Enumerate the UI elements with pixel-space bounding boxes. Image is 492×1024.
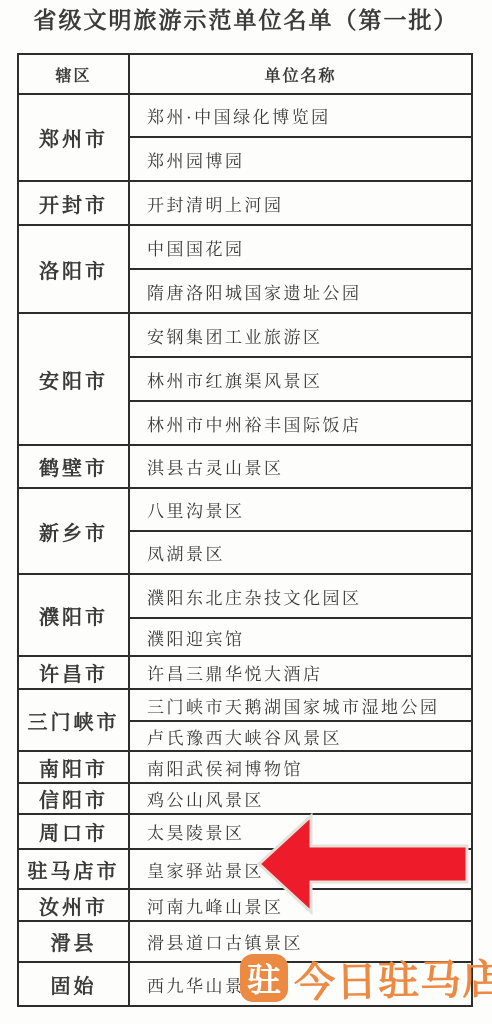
unit-cell: 三门峡市天鹅湖国家城市湿地公园 <box>129 689 472 721</box>
red-arrow-icon <box>256 813 470 915</box>
table-row: 南阳市南阳武侯祠博物馆 <box>18 751 472 783</box>
table-row: 滑县滑县道口古镇景区 <box>18 921 472 962</box>
unit-cell: 卢氏豫西大峡谷风景区 <box>129 721 472 751</box>
region-cell: 许昌市 <box>18 656 129 689</box>
table-row: 洛阳市中国国花园 <box>18 225 472 269</box>
region-cell: 安阳市 <box>18 313 129 445</box>
unit-cell: 淇县古灵山景区 <box>129 445 472 488</box>
table-row: 鹤壁市淇县古灵山景区 <box>18 445 472 488</box>
region-cell: 信阳市 <box>18 783 129 814</box>
unit-cell: 隋唐洛阳城国家遗址公园 <box>129 269 472 313</box>
unit-column-header: 单位名称 <box>129 54 472 94</box>
unit-cell: 郑州园博园 <box>129 137 472 181</box>
region-cell: 驻马店市 <box>18 849 129 889</box>
region-cell: 固始 <box>18 962 129 1006</box>
table-row: 三门峡市三门峡市天鹅湖国家城市湿地公园 <box>18 689 472 721</box>
unit-cell: 西九华山景区 <box>129 962 472 1006</box>
region-cell: 滑县 <box>18 921 129 962</box>
region-cell: 新乡市 <box>18 488 129 574</box>
unit-cell: 八里沟景区 <box>129 488 472 531</box>
table-row: 开封市开封清明上河园 <box>18 181 472 225</box>
unit-cell: 鸡公山风景区 <box>129 783 472 814</box>
region-cell: 周口市 <box>18 814 129 849</box>
table-row: 许昌市许昌三鼎华悦大酒店 <box>18 656 472 689</box>
unit-cell: 安钢集团工业旅游区 <box>129 313 472 357</box>
table-row: 郑州市郑州·中国绿化博览园 <box>18 94 472 137</box>
region-cell: 开封市 <box>18 181 129 225</box>
region-cell: 洛阳市 <box>18 225 129 313</box>
unit-cell: 郑州·中国绿化博览园 <box>129 94 472 137</box>
unit-cell: 中国国花园 <box>129 225 472 269</box>
table-row: 濮阳市濮阳东北庄杂技文化园区 <box>18 574 472 618</box>
table-row: 信阳市鸡公山风景区 <box>18 783 472 814</box>
region-cell: 汝州市 <box>18 889 129 921</box>
region-cell: 郑州市 <box>18 94 129 181</box>
document-page: 省级文明旅游示范单位名单（第一批） 辖区 单位名称 郑州市郑州·中国绿化博览园郑… <box>0 0 492 1024</box>
unit-cell: 凤湖景区 <box>129 531 472 574</box>
unit-cell: 滑县道口古镇景区 <box>129 921 472 962</box>
unit-cell: 濮阳迎宾馆 <box>129 618 472 656</box>
region-cell: 濮阳市 <box>18 574 129 656</box>
region-cell: 鹤壁市 <box>18 445 129 488</box>
table-header-row: 辖区 单位名称 <box>18 54 472 94</box>
page-title: 省级文明旅游示范单位名单（第一批） <box>0 2 492 35</box>
unit-cell: 开封清明上河园 <box>129 181 472 225</box>
unit-cell: 许昌三鼎华悦大酒店 <box>129 656 472 689</box>
table-row: 固始西九华山景区 <box>18 962 472 1006</box>
table-row: 新乡市八里沟景区 <box>18 488 472 531</box>
unit-cell: 林州市中州裕丰国际饭店 <box>129 401 472 445</box>
unit-cell: 濮阳东北庄杂技文化园区 <box>129 574 472 618</box>
region-column-header: 辖区 <box>18 54 129 94</box>
unit-cell: 南阳武侯祠博物馆 <box>129 751 472 783</box>
unit-cell: 林州市红旗渠风景区 <box>129 357 472 401</box>
region-cell: 南阳市 <box>18 751 129 783</box>
region-cell: 三门峡市 <box>18 689 129 751</box>
table-row: 安阳市安钢集团工业旅游区 <box>18 313 472 357</box>
